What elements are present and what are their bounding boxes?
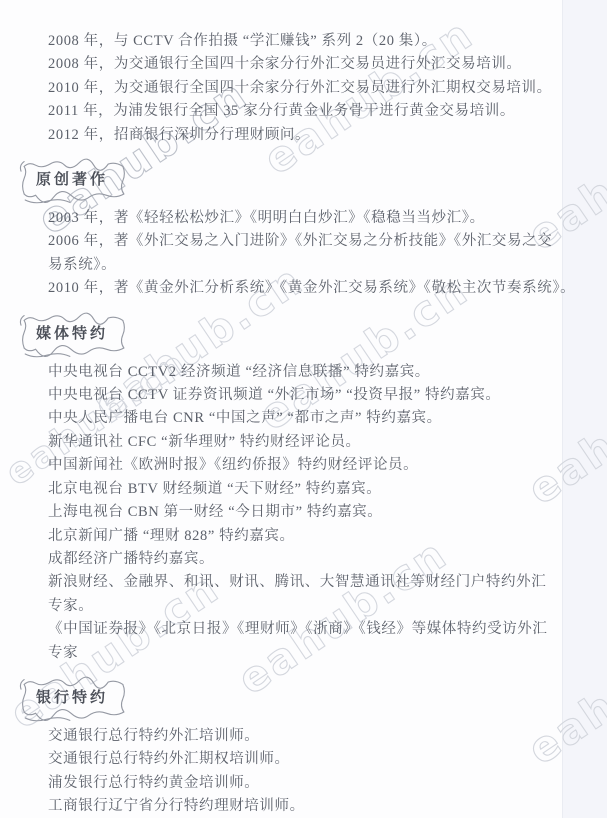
text-line: 北京新闻广播 “理财 828” 特约嘉宾。 bbox=[48, 525, 563, 548]
text-line: 中央电视台 CCTV2 经济频道 “经济信息联播” 特约嘉宾。 bbox=[48, 361, 563, 384]
section-title: 媒体特约 bbox=[36, 325, 108, 342]
text-line: 新浪财经、金融界、和讯、财讯、腾讯、大智慧通讯社等财经门户特约外汇 bbox=[48, 571, 563, 594]
text-line: 易系统》。 bbox=[48, 254, 563, 277]
text-line: 2010 年，著《黄金外汇分析系统》《黄金外汇交易系统》《敬松主次节奏系统》。 bbox=[48, 277, 563, 300]
text-line: 2012 年，招商银行深圳分行理财顾问。 bbox=[48, 124, 563, 147]
section-title-box: 银行特约 bbox=[23, 678, 123, 717]
section-title-box: 原创著作 bbox=[23, 160, 123, 199]
text-line: 交通银行总行特约外汇培训师。 bbox=[48, 725, 563, 748]
text-line: 交通银行总行特约外汇期权培训师。 bbox=[48, 748, 563, 771]
section-original-works: 原创著作 2003 年，著《轻轻松松炒汇》《明明白白炒汇》《稳稳当当炒汇》。 2… bbox=[48, 147, 563, 301]
text-line: 工商银行辽宁省分行特约理财培训师。 bbox=[48, 795, 563, 818]
text-line: 中国新闻社《欧洲时报》《纽约侨报》特约财经评论员。 bbox=[48, 454, 563, 477]
text-line: 2011 年，为浦发银行全国 35 家分行黄金业务骨干进行黄金交易培训。 bbox=[48, 100, 563, 123]
section-bank-engagements: 银行特约 交通银行总行特约外汇培训师。 交通银行总行特约外汇期权培训师。 浦发银… bbox=[48, 665, 563, 818]
text-line: 专家。 bbox=[48, 595, 563, 618]
page-content: 2008 年，与 CCTV 合作拍摄 “学汇赚钱” 系列 2（20 集）。 20… bbox=[48, 30, 563, 818]
section-title-box: 媒体特约 bbox=[23, 314, 123, 353]
scanned-document-page: eahub.cn eahub.cn eahub.cn eahub.cn eahu… bbox=[0, 0, 607, 818]
text-line: 2006 年，著《外汇交易之入门进阶》《外汇交易之分析技能》《外汇交易之交 bbox=[48, 230, 563, 253]
text-line: 2003 年，著《轻轻松松炒汇》《明明白白炒汇》《稳稳当当炒汇》。 bbox=[48, 207, 563, 230]
text-line: 专家 bbox=[48, 642, 563, 665]
text-line: 浦发银行总行特约黄金培训师。 bbox=[48, 772, 563, 795]
timeline-lines: 2008 年，与 CCTV 合作拍摄 “学汇赚钱” 系列 2（20 集）。 20… bbox=[48, 30, 563, 147]
section-lines: 中央电视台 CCTV2 经济频道 “经济信息联播” 特约嘉宾。 中央电视台 CC… bbox=[48, 361, 563, 665]
text-line: 上海电视台 CBN 第一财经 “今日期市” 特约嘉宾。 bbox=[48, 501, 563, 524]
section-media-engagements: 媒体特约 中央电视台 CCTV2 经济频道 “经济信息联播” 特约嘉宾。 中央电… bbox=[48, 301, 563, 665]
section-title: 原创著作 bbox=[36, 171, 108, 188]
text-line: 新华通讯社 CFC “新华理财” 特约财经评论员。 bbox=[48, 431, 563, 454]
section-title: 银行特约 bbox=[36, 689, 108, 706]
text-line: 《中国证券报》《北京日报》《理财师》《浙商》《钱经》等媒体特约受访外汇 bbox=[48, 618, 563, 641]
text-line: 北京电视台 BTV 财经频道 “天下财经” 特约嘉宾。 bbox=[48, 478, 563, 501]
section-lines: 交通银行总行特约外汇培训师。 交通银行总行特约外汇期权培训师。 浦发银行总行特约… bbox=[48, 725, 563, 818]
section-lines: 2003 年，著《轻轻松松炒汇》《明明白白炒汇》《稳稳当当炒汇》。 2006 年… bbox=[48, 207, 563, 301]
scan-edge-strip bbox=[562, 0, 607, 818]
text-line: 中央人民广播电台 CNR “中国之声” “都市之声” 特约嘉宾。 bbox=[48, 407, 563, 430]
text-line: 2008 年，为交通银行全国四十余家分行外汇交易员进行外汇交易培训。 bbox=[48, 53, 563, 76]
text-line: 成都经济广播特约嘉宾。 bbox=[48, 548, 563, 571]
text-line: 2010 年，为交通银行全国四十余家分行外汇交易员进行外汇期权交易培训。 bbox=[48, 77, 563, 100]
text-line: 中央电视台 CCTV 证券资讯频道 “外汇市场” “投资早报” 特约嘉宾。 bbox=[48, 384, 563, 407]
text-line: 2008 年，与 CCTV 合作拍摄 “学汇赚钱” 系列 2（20 集）。 bbox=[48, 30, 563, 53]
